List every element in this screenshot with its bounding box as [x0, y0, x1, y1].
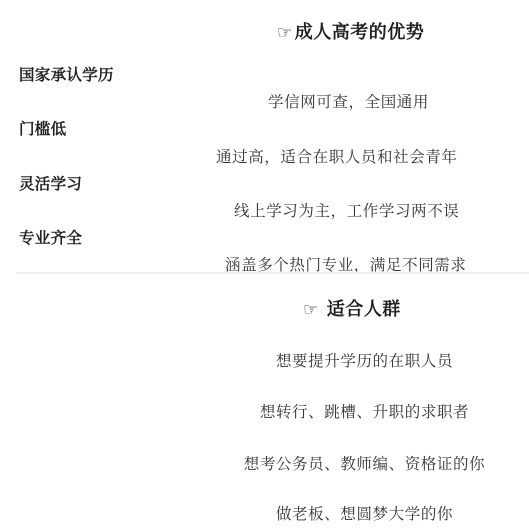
audience-item: 想考公务员、教师编、资格证的你 — [200, 452, 529, 474]
advantage-label-low-threshold: 门槛低 — [19, 117, 66, 139]
pointing-hand-icon: ☞ — [303, 300, 319, 320]
pointing-hand-icon: ☞ — [277, 23, 293, 43]
audience-title-text: 适合人群 — [327, 299, 401, 320]
audience-title: ☞适合人群 — [303, 295, 401, 321]
section-divider — [16, 272, 529, 274]
advantage-label-full-majors: 专业齐全 — [19, 226, 82, 248]
advantages-title: ☞成人高考的优势 — [277, 18, 424, 44]
advantage-label-flexible-study: 灵活学习 — [19, 172, 82, 194]
advantage-label-recognized-degree: 国家承认学历 — [19, 63, 114, 85]
advantage-description-low-threshold: 通过高，适合在职人员和社会青年 — [216, 145, 458, 167]
audience-item: 做老板、想圆梦大学的你 — [200, 502, 529, 524]
advantage-description-recognized-degree: 学信网可查，全国通用 — [268, 90, 429, 112]
audience-item: 想要提升学历的在职人员 — [200, 349, 529, 371]
advantage-description-flexible-study: 线上学习为主，工作学习两不误 — [234, 199, 459, 221]
audience-item: 想转行、跳槽、升职的求职者 — [200, 400, 529, 422]
advantages-title-text: 成人高考的优势 — [295, 22, 425, 43]
